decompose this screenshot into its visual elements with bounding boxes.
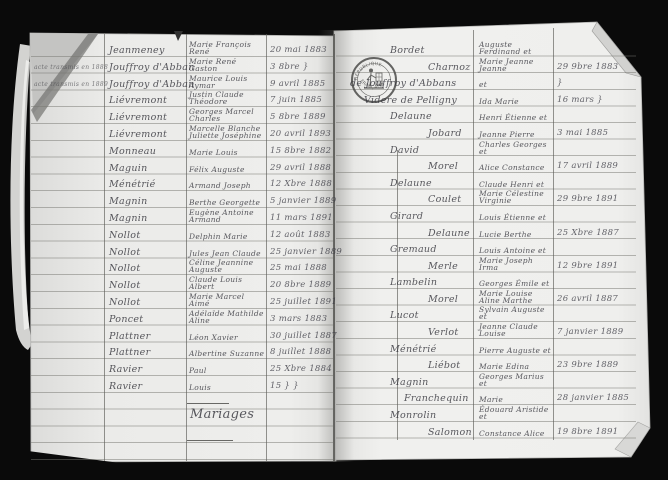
- date-cell: 26 avril 1887: [553, 294, 638, 306]
- given-names-cell: Ida Marie: [473, 98, 553, 107]
- surname-cell: Nollot: [104, 247, 186, 259]
- surname-cell: Girard: [334, 211, 473, 223]
- surname-cell: Monneau: [104, 146, 186, 158]
- register-row: Franchequin Marie 28 janvier 1885: [334, 389, 640, 406]
- surname-cell: Nollot: [104, 230, 186, 242]
- surname-cell: Lambelin: [334, 277, 473, 289]
- date-cell: 5 8bre 1889: [266, 112, 333, 124]
- margin-note: [30, 289, 104, 292]
- date-cell: 25 mai 1888: [266, 263, 333, 275]
- margin-note: [30, 323, 104, 326]
- surname-cell: Liévremont: [104, 95, 186, 107]
- register-row: Morel Marie Louise Aline Marthe 26 avril…: [334, 289, 640, 306]
- heading-rule-above: [187, 403, 229, 404]
- given-names-cell: Justin Claude Théodore: [186, 91, 266, 107]
- given-names-cell: Marie François René: [186, 41, 266, 57]
- date-cell: [553, 121, 638, 123]
- surname-cell: Jouffroy d'Abban: [104, 79, 186, 91]
- date-cell: }: [553, 78, 638, 90]
- register-row: Liévremont Justin Claude Théodore 7 juin…: [30, 91, 333, 108]
- surname-cell: Magnin: [104, 196, 186, 208]
- register-row: Merle Marie Joseph Irma 12 9bre 1891: [334, 256, 640, 273]
- register-row: Plattner Léon Xavier 30 juillet 1887: [30, 326, 333, 343]
- given-names-cell: Henri Étienne et: [473, 114, 553, 123]
- surname-cell: de Jouffroy d'Abbans: [334, 78, 473, 90]
- given-names-cell: Constance Alice: [473, 430, 553, 439]
- register-row: Delaune Lucie Berthe 25 Xbre 1887: [334, 223, 640, 240]
- date-cell: 17 avril 1889: [553, 161, 638, 173]
- register-row: Delaune Henri Étienne et: [334, 107, 640, 124]
- surname-cell: Nollot: [104, 263, 186, 275]
- given-names-cell: Jeanne Claude Louise: [473, 323, 553, 339]
- surname-cell: Monrolin: [334, 410, 473, 422]
- surname-cell: Morel: [334, 294, 473, 306]
- date-cell: 9 avril 1885: [266, 79, 333, 91]
- section-heading-mariages: Mariages: [190, 407, 254, 422]
- surname-cell: Liévremont: [104, 129, 186, 141]
- register-row: Poncet Adélaïde Mathilde Aline 3 mars 18…: [30, 309, 333, 326]
- given-names-cell: Marie Louis: [186, 149, 266, 158]
- scanned-register-photo: RÉPUBLIQUE FRANÇAISE Jeanmeney Marie Fra…: [0, 0, 668, 480]
- register-row: Gremaud Louis Antoine et: [334, 240, 640, 257]
- register-row: Lambelin Georges Émile et: [334, 273, 640, 290]
- register-row: Morel Alice Constance 17 avril 1889: [334, 157, 640, 174]
- date-cell: 19 8bre 1891: [553, 427, 638, 439]
- surname-cell: Delaune: [334, 228, 473, 240]
- given-names-cell: Georges Marcel Charles: [186, 108, 266, 124]
- left-page-entries: Jeanmeney Marie François René 20 mai 188…: [30, 40, 333, 393]
- date-cell: 20 8bre 1889: [266, 280, 333, 292]
- date-cell: 3 8bre }: [266, 62, 333, 74]
- margin-note: [30, 256, 104, 259]
- surname-cell: Delaune: [334, 111, 473, 123]
- given-names-cell: Louis Étienne et: [473, 214, 553, 223]
- date-cell: [553, 188, 638, 190]
- date-cell: 20 mai 1883: [266, 45, 333, 57]
- margin-note: [30, 390, 104, 393]
- surname-cell: Coulet: [334, 194, 473, 206]
- surname-cell: Plattner: [104, 331, 186, 343]
- margin-note: [30, 155, 104, 158]
- date-cell: 29 9bre 1883: [553, 62, 638, 74]
- surname-cell: Delaune: [334, 178, 473, 190]
- surname-cell: Ravier: [104, 381, 186, 393]
- margin-note: [30, 188, 104, 191]
- register-row: Videre de Pelligny Ida Marie 16 mars }: [334, 90, 640, 107]
- margin-note: [30, 356, 104, 359]
- given-names-cell: Marie Célestine Virginie: [473, 190, 553, 206]
- date-cell: 12 Xbre 1888: [266, 179, 333, 191]
- date-cell: 25 juillet 1891: [266, 297, 333, 309]
- margin-note: [30, 138, 104, 141]
- given-names-cell: Sylvain Auguste et: [473, 306, 553, 322]
- date-cell: 25 Xbre 1887: [553, 228, 638, 240]
- given-names-cell: Maurice Louis Aymar: [186, 75, 266, 91]
- register-row: de Jouffroy d'Abbans et }: [334, 74, 640, 91]
- margin-note: [30, 239, 104, 242]
- date-cell: [553, 287, 638, 289]
- register-row: Girard Louis Étienne et: [334, 206, 640, 223]
- surname-cell: Merle: [334, 261, 473, 273]
- register-row: Ménétrié Armand Joseph 12 Xbre 1888: [30, 175, 333, 192]
- register-row: Bordet Auguste Ferdinand et: [334, 40, 640, 57]
- given-names-cell: Eugène Antoine Armand: [186, 209, 266, 225]
- heading-rule-below: [187, 440, 233, 441]
- given-names-cell: Louis: [186, 384, 266, 393]
- surname-cell: Videre de Pelligny: [334, 95, 473, 107]
- given-names-cell: Marcelle Blanche Juliette Joséphine: [186, 125, 266, 141]
- given-names-cell: Louis Antoine et: [473, 247, 553, 256]
- margin-note: [30, 121, 104, 124]
- register-row: Nollot Marie Marcel Aimé 25 juillet 1891: [30, 292, 333, 309]
- register-row: Plattner Albertine Suzanne 8 juillet 188…: [30, 343, 333, 360]
- date-cell: 25 janvier 1889: [266, 247, 333, 259]
- register-row: Magnin Berthe Georgette 5 janvier 1889: [30, 191, 333, 208]
- date-cell: 16 mars }: [553, 95, 638, 107]
- register-row: Salomon Constance Alice 19 8bre 1891: [334, 422, 640, 439]
- date-cell: 20 avril 1893: [266, 129, 333, 141]
- date-cell: 30 juillet 1887: [266, 331, 333, 343]
- register-row: acte transmis en 1889 Jouffroy d'Abban M…: [30, 74, 333, 91]
- date-cell: 29 avril 1888: [266, 163, 333, 175]
- date-cell: [553, 387, 638, 389]
- date-cell: [553, 55, 638, 57]
- register-row: Maguin Félix Auguste 29 avril 1888: [30, 158, 333, 175]
- margin-note: [30, 373, 104, 376]
- surname-cell: Salomon: [334, 427, 473, 439]
- date-cell: 11 mars 1891: [266, 213, 333, 225]
- date-cell: 23 9bre 1889: [553, 360, 638, 372]
- given-names-cell: Adélaïde Mathilde Aline: [186, 310, 266, 326]
- given-names-cell: Albertine Suzanne: [186, 350, 266, 359]
- register-row: Magnin Eugène Antoine Armand 11 mars 189…: [30, 208, 333, 225]
- given-names-cell: Pierre Auguste et: [473, 347, 553, 356]
- margin-note: [30, 205, 104, 208]
- register-row: Nollot Jules Jean Claude 25 janvier 1889: [30, 242, 333, 259]
- register-row: Jobard Jeanne Pierre 3 mai 1885: [334, 123, 640, 140]
- given-names-cell: Paul: [186, 367, 266, 376]
- date-cell: [553, 420, 638, 422]
- register-row: Delaune Claude Henri et: [334, 173, 640, 190]
- margin-note: [30, 54, 104, 57]
- given-names-cell: Jeanne Pierre: [473, 131, 553, 140]
- given-names-cell: Marie Marcel Aimé: [186, 293, 266, 309]
- surname-cell: Liébot: [334, 360, 473, 372]
- surname-cell: Gremaud: [334, 244, 473, 256]
- margin-note: [30, 222, 104, 225]
- given-names-cell: Félix Auguste: [186, 166, 266, 175]
- given-names-cell: Georges Émile et: [473, 280, 553, 289]
- surname-cell: Nollot: [104, 280, 186, 292]
- margin-note: [30, 340, 104, 343]
- register-row: Liévremont Georges Marcel Charles 5 8bre…: [30, 107, 333, 124]
- register-row: Nollot Delphin Marie 12 août 1883: [30, 225, 333, 242]
- surname-cell: Poncet: [104, 314, 186, 326]
- date-cell: [553, 254, 638, 256]
- date-cell: [553, 155, 638, 157]
- given-names-cell: Marie Joseph Irma: [473, 257, 553, 273]
- register-row: Monrolin Édouard Aristide et: [334, 405, 640, 422]
- register-row: Ravier Paul 25 Xbre 1884: [30, 359, 333, 376]
- date-cell: 3 mars 1883: [266, 314, 333, 326]
- register-row: Jeanmeney Marie François René 20 mai 188…: [30, 40, 333, 57]
- surname-cell: Plattner: [104, 347, 186, 359]
- register-row: Lucot Sylvain Auguste et: [334, 306, 640, 323]
- register-row: Liévremont Marcelle Blanche Juliette Jos…: [30, 124, 333, 141]
- date-cell: [553, 221, 638, 223]
- register-row: Charnoz Marie Jeanne Jeanne 29 9bre 1883: [334, 57, 640, 74]
- surname-cell: Morel: [334, 161, 473, 173]
- given-names-cell: Georges Marius et: [473, 373, 553, 389]
- given-names-cell: et: [473, 81, 553, 90]
- surname-cell: Magnin: [334, 377, 473, 389]
- surname-cell: Ménétrié: [104, 179, 186, 191]
- surname-cell: Franchequin: [334, 393, 473, 405]
- given-names-cell: Lucie Berthe: [473, 231, 553, 240]
- given-names-cell: Marie Louise Aline Marthe: [473, 290, 553, 306]
- given-names-cell: Marie Edina: [473, 363, 553, 372]
- surname-cell: Jeanmeney: [104, 45, 186, 57]
- date-cell: [553, 320, 638, 322]
- register-row: Ravier Louis 15 } }: [30, 376, 333, 393]
- register-row: Coulet Marie Célestine Virginie 29 9bre …: [334, 190, 640, 207]
- surname-cell: David: [334, 145, 473, 157]
- margin-note: [30, 272, 104, 275]
- register-row: Monneau Marie Louis 15 8bre 1882: [30, 141, 333, 158]
- surname-cell: Nollot: [104, 297, 186, 309]
- surname-cell: Maguin: [104, 163, 186, 175]
- date-cell: 7 janvier 1889: [553, 327, 638, 339]
- date-cell: [553, 354, 638, 356]
- surname-cell: Liévremont: [104, 112, 186, 124]
- margin-note: [30, 104, 104, 107]
- given-names-cell: Marie René Gaston: [186, 58, 266, 74]
- given-names-cell: Berthe Georgette: [186, 199, 266, 208]
- date-cell: 8 juillet 1888: [266, 347, 333, 359]
- given-names-cell: Auguste Ferdinand et: [473, 41, 553, 57]
- given-names-cell: Jules Jean Claude: [186, 250, 266, 259]
- margin-note: [30, 306, 104, 309]
- surname-cell: Verlot: [334, 327, 473, 339]
- margin-note: acte transmis en 1888: [30, 64, 104, 74]
- register-row: Liébot Marie Edina 23 9bre 1889: [334, 356, 640, 373]
- surname-cell: Bordet: [334, 45, 473, 57]
- given-names-cell: Marie Jeanne Jeanne: [473, 58, 553, 74]
- surname-cell: Jouffroy d'Abban: [104, 62, 186, 74]
- date-cell: 25 Xbre 1884: [266, 364, 333, 376]
- register-row: Nollot Céline Jeannine Auguste 25 mai 18…: [30, 259, 333, 276]
- surname-cell: Ravier: [104, 364, 186, 376]
- date-cell: 15 8bre 1882: [266, 146, 333, 158]
- register-row: David Charles Georges et: [334, 140, 640, 157]
- margin-note: [30, 172, 104, 175]
- register-row: Ménétrié Pierre Auguste et: [334, 339, 640, 356]
- date-cell: 3 mai 1885: [553, 128, 638, 140]
- date-cell: 29 9bre 1891: [553, 194, 638, 206]
- date-cell: 12 9bre 1891: [553, 261, 638, 273]
- date-cell: 7 juin 1885: [266, 95, 333, 107]
- given-names-cell: Armand Joseph: [186, 182, 266, 191]
- register-row: Magnin Georges Marius et: [334, 372, 640, 389]
- register-row: Verlot Jeanne Claude Louise 7 janvier 18…: [334, 322, 640, 339]
- margin-note: acte transmis en 1889: [30, 81, 104, 91]
- given-names-cell: Alice Constance: [473, 164, 553, 173]
- given-names-cell: Delphin Marie: [186, 233, 266, 242]
- date-cell: 5 janvier 1889: [266, 196, 333, 208]
- date-cell: 15 } }: [266, 381, 333, 393]
- right-page-entries: Bordet Auguste Ferdinand et Charnoz Mari…: [334, 40, 640, 438]
- surname-cell: Magnin: [104, 213, 186, 225]
- register-row: Nollot Claude Louis Albert 20 8bre 1889: [30, 275, 333, 292]
- given-names-cell: Claude Louis Albert: [186, 276, 266, 292]
- given-names-cell: Édouard Aristide et: [473, 406, 553, 422]
- given-names-cell: Charles Georges et: [473, 141, 553, 157]
- surname-cell: Charnoz: [334, 62, 473, 74]
- given-names-cell: Céline Jeannine Auguste: [186, 259, 266, 275]
- surname-cell: Ménétrié: [334, 344, 473, 356]
- date-cell: 12 août 1883: [266, 230, 333, 242]
- surname-cell: Jobard: [334, 128, 473, 140]
- given-names-cell: Léon Xavier: [186, 334, 266, 343]
- register-row: acte transmis en 1888 Jouffroy d'Abban M…: [30, 57, 333, 74]
- surname-cell: Lucot: [334, 310, 473, 322]
- date-cell: 28 janvier 1885: [553, 393, 638, 405]
